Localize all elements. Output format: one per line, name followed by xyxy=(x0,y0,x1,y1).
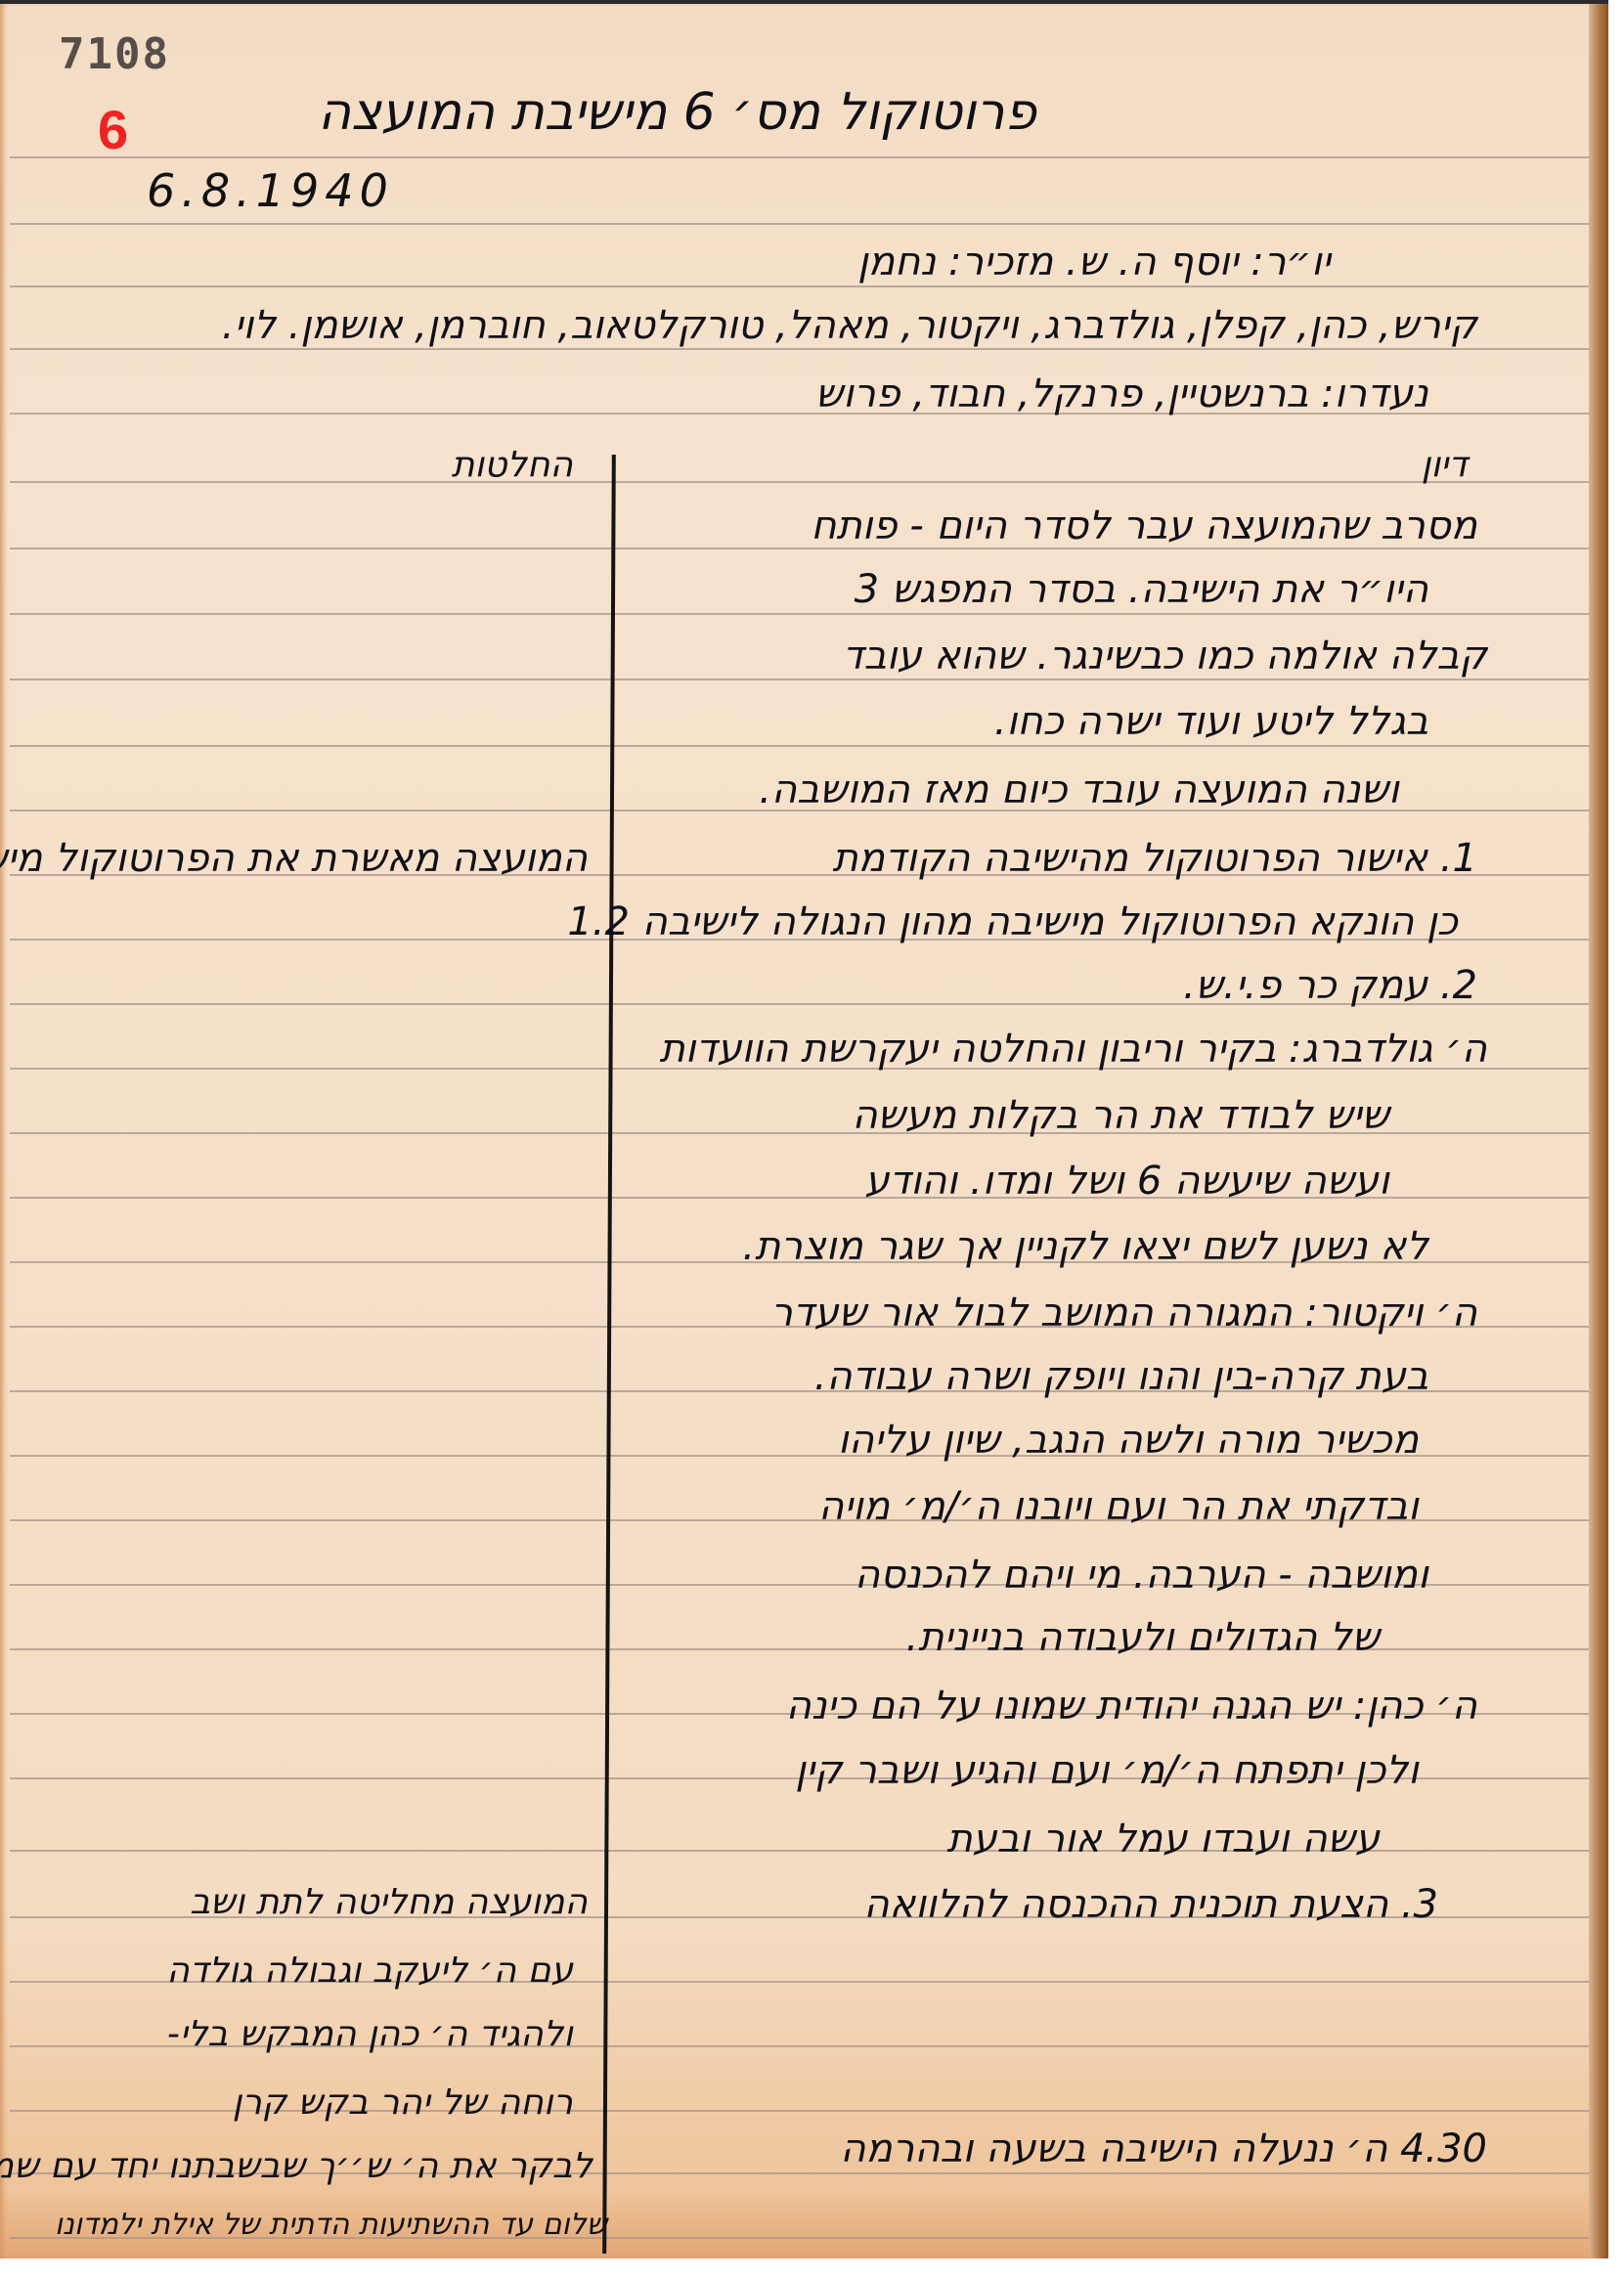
agenda-item-3: 3. הצעת תוכנית ההכנסה להלוואה xyxy=(863,1882,1438,1927)
discussion-line: ועשה שיעשה 6 ושל ומדו. והודע xyxy=(864,1159,1389,1204)
discussion-line: קבלה אולמה כמו כבשינגר. שהוא עובד xyxy=(843,634,1487,679)
discussion-line: ובדקתי את הר ועם ויובנו ה׳/מ׳ מויה xyxy=(818,1484,1419,1529)
discussion-line: מסרב שהמועצה עבר לסדר היום - פותח xyxy=(811,504,1477,548)
discussion-column-header: דיון xyxy=(1422,445,1468,485)
discussion-line: ומושבה - הערבה. מי ויהם להכנסה xyxy=(855,1553,1428,1598)
paper-binding-edge xyxy=(1589,4,1608,2258)
decision-line: שלום עד ההשתיעות הדתית של אילת ילמדונו xyxy=(55,2208,607,2242)
attendance-absent-line: נעדרו: ברנשטיין, פרנקל, חבוד, פרוש xyxy=(815,372,1428,416)
ruled-line xyxy=(10,613,1589,615)
discussion-line: ה׳ כהן: יש הגנה יהודית שמונו על הם כינה xyxy=(786,1684,1477,1729)
ruled-line xyxy=(10,745,1589,747)
discussion-line: בגלל ליטע ועוד ישרה כחו. xyxy=(994,699,1428,744)
discussion-line: לא נשען לשם יצאו לקניין אך שגר מוצרת. xyxy=(742,1224,1428,1269)
meeting-date: 6.8.1940 xyxy=(147,164,394,217)
discussion-line: של הגדולים ולעבודה בניינית. xyxy=(906,1615,1380,1660)
discussion-line: ה׳ גולדברג: בקיר וריבון והחלטה יעקרשת הו… xyxy=(659,1027,1487,1072)
decision-line: ולהגיד ה׳ כהן המבקש בלי- xyxy=(167,2014,573,2054)
decision-line: המועצה מחליטה לתת ושב xyxy=(190,1882,588,1922)
ruled-line xyxy=(10,223,1589,225)
discussion-line: ולכן יתפתח ה׳/מ׳ ועם והגיע ושבר קין xyxy=(795,1748,1419,1793)
attendance-present-line: קירש, כהן, קפלן, גולדברג, ויקטור, מאהל, … xyxy=(222,303,1477,348)
discussion-line: בעת קרה-בין והנו ויופק ושרה עבודה. xyxy=(814,1354,1428,1399)
attendance-chair-line: יו״ר: יוסף ה. ש. מזכיר: נחמן xyxy=(857,240,1331,285)
discussion-line: מכשיר מורה ולשה הנגב, שיון עליהו xyxy=(838,1418,1419,1463)
protocol-title: פרוטוקול מס׳ 6 מישיבת המועצה xyxy=(352,83,1036,142)
discussion-line: שיש לבודד את הר בקלות מעשה xyxy=(853,1093,1389,1138)
decision-line: לבקר את ה׳ ש׳׳ך שבשבתנו יחד עם שמואל xyxy=(0,2146,593,2186)
agenda-item-1: 1. אישור הפרוטוקול מהישיבה הקודמת xyxy=(833,836,1477,881)
ruled-line xyxy=(10,481,1589,483)
ruled-line xyxy=(10,679,1589,680)
discussion-line: היו״ר את הישיבה. בסדר המפגש 3 xyxy=(855,567,1428,612)
ruled-line xyxy=(10,285,1589,287)
decision-line: עם ה׳ ליעקב וגבולה גולדה xyxy=(166,1950,573,1991)
closing-line: 4.30 ה׳ ננעלה הישיבה בשעה ובהרמה xyxy=(840,2126,1487,2171)
discussion-line: ה׳ ויקטור: המגורה המושב לבול אור שעדר xyxy=(770,1291,1477,1336)
agenda-item-2: 2. עמק כר פ.י.ש. xyxy=(1183,963,1477,1008)
archive-stamp: 7108 xyxy=(59,29,170,79)
discussion-line: כן הונקא הפרוטוקול מישיבה מהון הנגולה לי… xyxy=(567,899,1458,944)
page-number-marker: 6 xyxy=(98,98,128,161)
decision-line: רוחה של יהר בקש קרן xyxy=(233,2082,573,2123)
discussion-line: עשה ועבדו עמל אור ובעת xyxy=(946,1817,1380,1862)
discussion-line: ושנה המועצה עובד כיום מאז המושבה. xyxy=(759,767,1399,812)
decisions-column-header: החלטות xyxy=(452,445,573,485)
decision-approve-protocol: המועצה מאשרת את הפרוטוקול מישיבה 4.5 xyxy=(0,836,588,881)
ruled-line xyxy=(10,156,1589,158)
ruled-line xyxy=(10,348,1589,350)
